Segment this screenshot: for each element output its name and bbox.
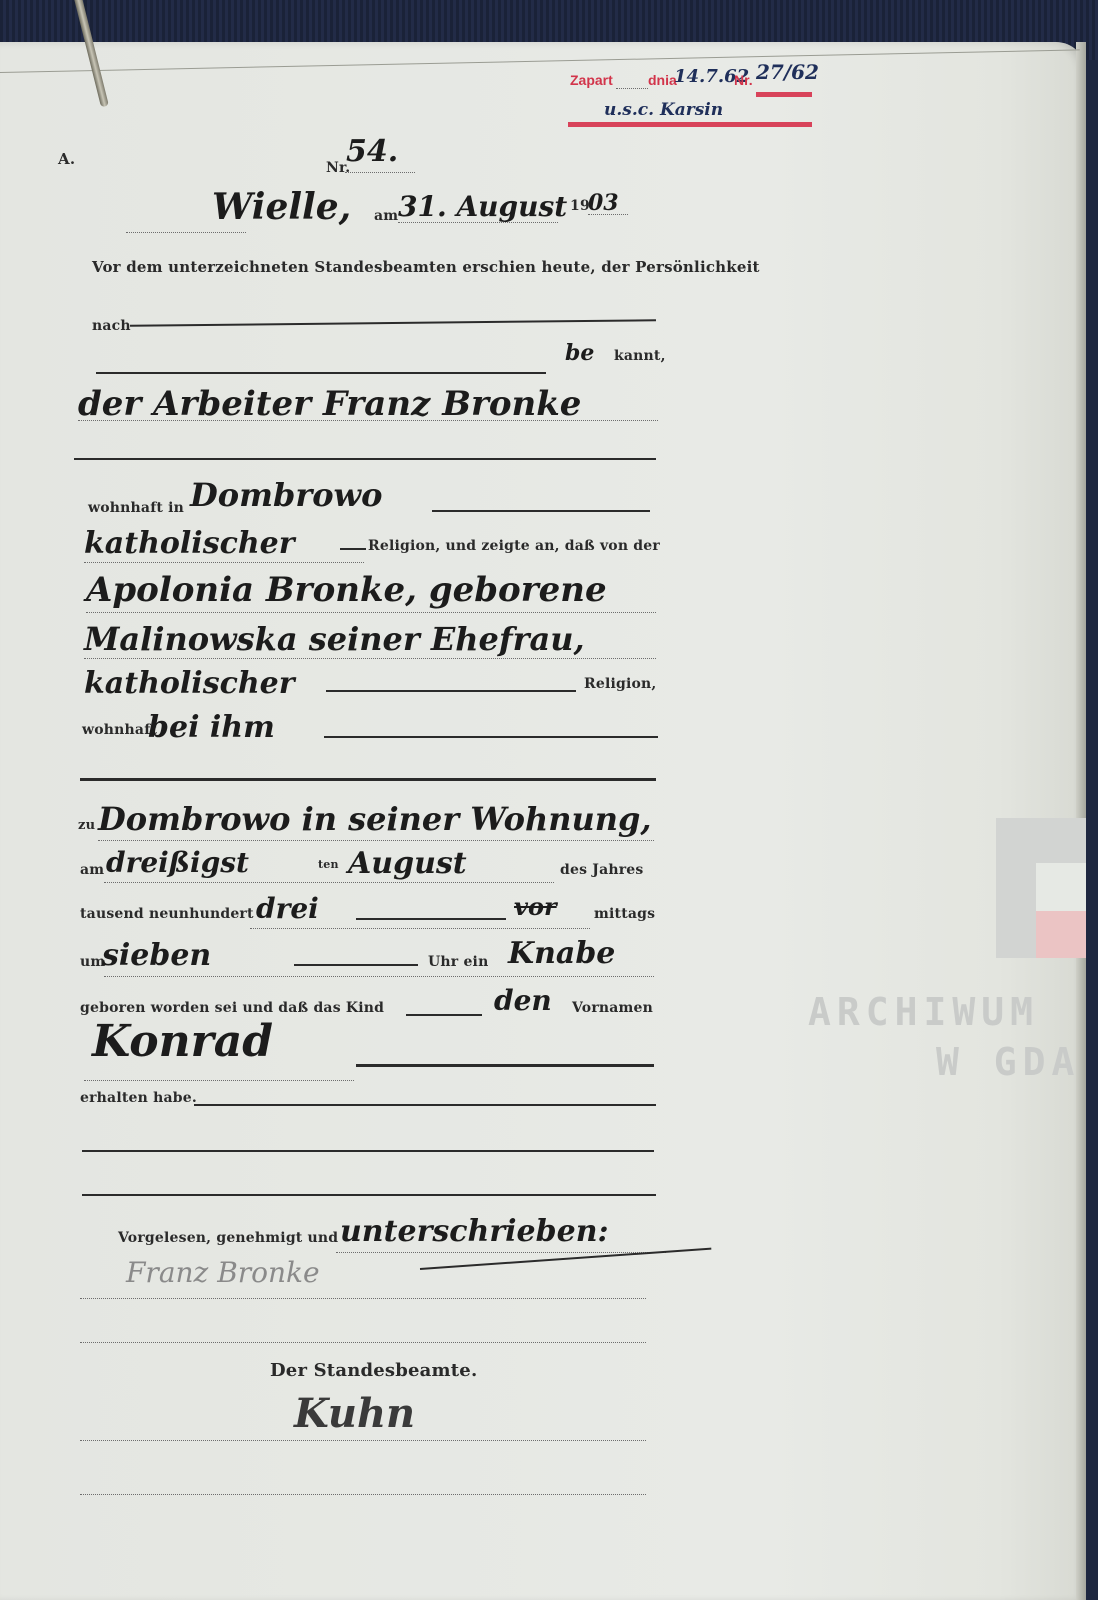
birth-day: dreißigst	[106, 846, 249, 879]
label-mittags: mittags	[594, 906, 655, 922]
blank-line	[432, 510, 650, 512]
intro-line: Vor dem unterzeichneten Standesbeamten e…	[92, 258, 760, 276]
declarant-religion: katholischer	[84, 526, 295, 561]
mother-line1: Apolonia Bronke, geborene	[86, 570, 607, 610]
child-name-line	[84, 1080, 354, 1081]
birth-meridiem: vor	[514, 892, 557, 921]
date-line	[104, 882, 554, 883]
label-des-jahres: des Jahres	[560, 862, 644, 878]
label-geboren: geboren worden sei und daß das Kind	[80, 1000, 384, 1016]
label-zu: zu	[78, 818, 95, 833]
stamp-label-zapis: Zapart	[570, 72, 613, 88]
declarant: der Arbeiter Franz Bronke	[78, 384, 581, 424]
handwritten-den: den	[494, 984, 552, 1017]
blank-line	[324, 736, 658, 738]
stamp-label-dnia: dnia	[648, 72, 677, 88]
signature-line	[80, 1494, 646, 1495]
signature-line	[336, 1252, 666, 1253]
year-line	[250, 928, 590, 929]
date-line	[398, 222, 558, 223]
birth-place-line	[98, 840, 654, 841]
stamp-number: 27/62	[756, 60, 819, 84]
blank-line	[74, 458, 656, 460]
child-name: Konrad	[92, 1016, 273, 1067]
blank-line	[356, 918, 506, 920]
religion-line	[84, 562, 364, 563]
mother-religion: katholischer	[84, 666, 295, 701]
mother-line2: Malinowska seiner Ehefrau,	[84, 620, 585, 658]
label-am: am	[80, 862, 104, 878]
label-vornamen: Vornamen	[572, 1000, 653, 1016]
blank-line	[194, 1104, 656, 1106]
archive-stamp: Zapart dnia 14.7.62 Nr. 27/62 u.s.c. Kar…	[568, 60, 818, 132]
entry-number-line	[345, 172, 415, 173]
blank-line	[294, 964, 418, 966]
signature-line	[80, 1342, 646, 1343]
signature-line	[80, 1440, 646, 1441]
mother-line1-rule	[86, 612, 656, 613]
blank-line	[406, 1014, 482, 1016]
label-wohnhaft: wohnhaft	[82, 722, 157, 738]
label-tausend: tausend neunhundert	[80, 906, 254, 922]
stamp-dotted-line	[616, 88, 648, 89]
birth-place: Dombrowo in seiner Wohnung,	[98, 800, 652, 838]
birth-year-words: drei	[256, 892, 319, 925]
mother-residence: bei ihm	[148, 710, 275, 745]
logo-flag-red	[1036, 911, 1086, 958]
form-letter: A.	[58, 150, 75, 168]
registrar-title: Der Standesbeamte.	[270, 1360, 477, 1381]
declarant-residence: Dombrowo	[190, 476, 382, 514]
year-printed: 19	[570, 198, 590, 214]
date: 31. August	[398, 190, 567, 223]
birth-month: August	[348, 846, 467, 881]
declarant-line	[78, 420, 658, 421]
label-religion: Religion,	[584, 676, 656, 692]
birth-hour: sieben	[102, 938, 211, 973]
blank-line	[82, 1194, 656, 1196]
blank-line	[326, 690, 576, 692]
archive-logo	[996, 818, 1086, 958]
child-sex: Knabe	[508, 936, 615, 971]
label-religion-zeigte: Religion, und zeigte an, daß von der	[368, 538, 660, 554]
declarant-signature: Franz Bronke	[126, 1256, 320, 1289]
stamp-bar	[756, 92, 812, 97]
blank-line	[80, 778, 656, 781]
place-line	[126, 232, 246, 233]
label-kannt: kannt,	[614, 348, 666, 364]
place: Wielle,	[212, 186, 351, 228]
label-vorgelesen: Vorgelesen, genehmigt und	[118, 1230, 338, 1246]
year-handwritten: 03	[588, 190, 619, 216]
entry-number: 54.	[346, 134, 398, 169]
label-nach: nach	[92, 318, 131, 334]
handwritten-be: be	[565, 340, 594, 366]
blank-line	[96, 372, 546, 374]
label-wohnhaft-in: wohnhaft in	[88, 500, 184, 516]
label-uhr-ein: Uhr ein	[428, 954, 488, 970]
blank-line	[340, 548, 366, 550]
stamp-office: u.s.c. Karsin	[604, 100, 723, 120]
hour-line	[104, 976, 654, 977]
year-line	[588, 214, 628, 215]
watermark-line2: W GDA	[936, 1040, 1080, 1084]
signature-line	[80, 1298, 646, 1299]
label-erhalten: erhalten habe.	[80, 1090, 197, 1106]
registrar-signature: Kuhn	[294, 1390, 415, 1437]
handwritten-unterschrieben: unterschrieben:	[340, 1214, 609, 1249]
date-prefix: am	[374, 208, 398, 224]
watermark-line1: ARCHIWUM	[808, 990, 1039, 1034]
stamp-label-nr: Nr.	[734, 72, 753, 88]
logo-flag-white	[1036, 863, 1086, 911]
stamp-underline	[568, 122, 812, 127]
label-ten: ten	[318, 858, 339, 871]
mother-line2-rule	[84, 658, 656, 659]
strike-line	[356, 1064, 654, 1067]
blank-line	[82, 1150, 654, 1152]
